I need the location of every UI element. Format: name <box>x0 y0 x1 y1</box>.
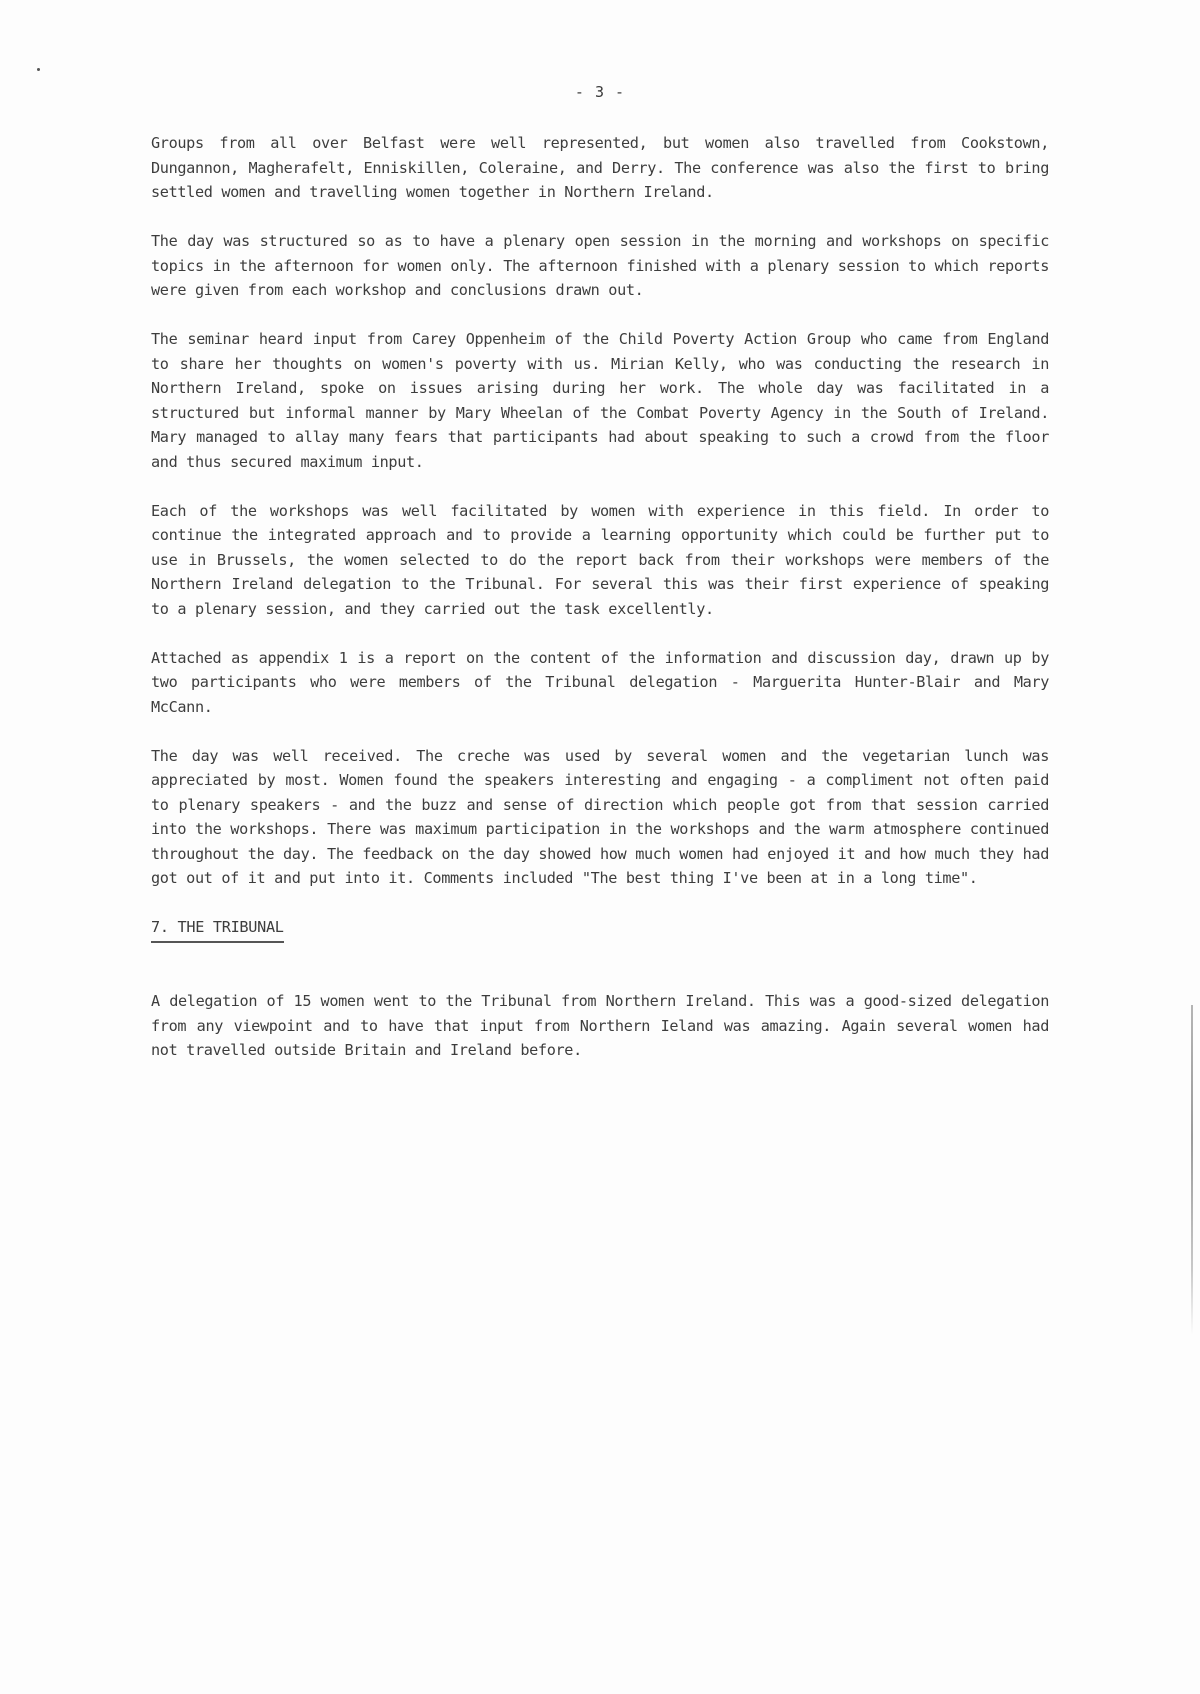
paragraph-speakers: The seminar heard input from Carey Oppen… <box>151 327 1049 474</box>
scan-speck <box>37 68 40 71</box>
paragraph-reception: The day was well received. The creche wa… <box>151 744 1049 891</box>
document-body: Groups from all over Belfast were well r… <box>151 131 1049 1087</box>
page-number: - 3 - <box>0 83 1200 101</box>
scan-edge-shadow <box>1191 1005 1193 1335</box>
document-page: - 3 - Groups from all over Belfast were … <box>0 0 1200 1694</box>
paragraph-workshops: Each of the workshops was well facilitat… <box>151 499 1049 622</box>
paragraph-structure: The day was structured so as to have a p… <box>151 229 1049 303</box>
paragraph-delegation: A delegation of 15 women went to the Tri… <box>151 989 1049 1063</box>
section-heading-wrapper: 7. THE TRIBUNAL <box>151 915 1049 967</box>
paragraph-appendix: Attached as appendix 1 is a report on th… <box>151 646 1049 720</box>
paragraph-attendance: Groups from all over Belfast were well r… <box>151 131 1049 205</box>
section-heading-tribunal: 7. THE TRIBUNAL <box>151 915 284 943</box>
